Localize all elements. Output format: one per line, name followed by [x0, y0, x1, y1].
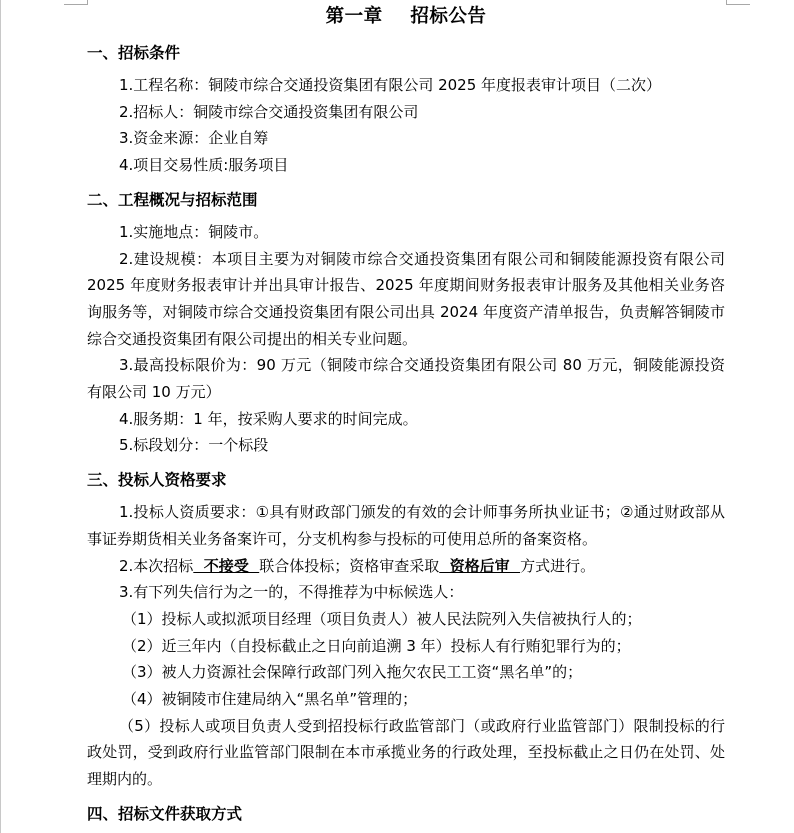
- paragraph: 2.招标人：铜陵市综合交通投资集团有限公司: [87, 99, 725, 126]
- paragraph: 1.投标人资质要求：①具有财政部门颁发的有效的会计师事务所执业证书；②通过财政部…: [87, 499, 725, 552]
- list-item: （5）投标人或项目负责人受到招投标行政监管部门（或政府行业监管部门）限制投标的行…: [87, 713, 725, 793]
- section-heading: 四、招标文件获取方式: [87, 799, 725, 833]
- paragraph: 5.标段划分：一个标段: [87, 432, 725, 459]
- list-item: （1）投标人或拟派项目经理（项目负责人）被人民法院列入失信被执行人的；: [87, 606, 725, 633]
- paragraph: 3.资金来源：企业自筹: [87, 125, 725, 152]
- margin-corner-mark-top-right: [726, 4, 750, 5]
- paragraph: 4.服务期：1 年，按采购人要求的时间完成。: [87, 406, 725, 433]
- paragraph: 4.项目交易性质:服务项目: [87, 152, 725, 179]
- chapter-title: 第一章 招标公告: [87, 4, 725, 30]
- paragraph: 2.建设规模：本项目主要为对铜陵市综合交通投资集团有限公司和铜陵能源投资有限公司…: [87, 246, 725, 353]
- bid-terms-prefix: 2.本次招标: [119, 557, 193, 575]
- consortium-bid-field: 不接受: [193, 557, 259, 575]
- section-heading: 二、工程概况与招标范围: [87, 185, 725, 219]
- margin-corner-mark-top-left: [64, 4, 88, 5]
- list-item: （4）被铜陵市住建局纳入“黑名单”管理的；: [87, 686, 725, 713]
- qualification-review-field: 资格后审: [439, 557, 520, 575]
- paragraph: 3.最高投标限价为：90 万元（铜陵市综合交通投资集团有限公司 80 万元，铜陵…: [87, 352, 725, 405]
- list-item: （3）被人力资源社会保障行政部门列入拖欠农民工工资“黑名单”的；: [87, 659, 725, 686]
- bid-terms-middle: 联合体投标；资格审查采取: [259, 557, 439, 575]
- document-body[interactable]: 第一章 招标公告 一、招标条件 1.工程名称：铜陵市综合交通投资集团有限公司 2…: [87, 4, 725, 833]
- list-item: （2）近三年内（自投标截止之日向前追溯 3 年）投标人有行贿犯罪行为的；: [87, 633, 725, 660]
- margin-corner-mark-top-right: [726, 0, 727, 5]
- bid-terms-suffix: 方式进行。: [520, 557, 595, 575]
- paragraph: 1.工程名称：铜陵市综合交通投资集团有限公司 2025 年度报表审计项目（二次）: [87, 72, 725, 99]
- paragraph-bid-terms: 2.本次招标 不接受 联合体投标；资格审查采取 资格后审 方式进行。: [87, 553, 725, 580]
- section-heading: 三、投标人资格要求: [87, 465, 725, 499]
- page-left-edge: [0, 0, 1, 833]
- paragraph: 3.有下列失信行为之一的，不得推荐为中标候选人：: [87, 579, 725, 606]
- section-heading: 一、招标条件: [87, 38, 725, 72]
- paragraph: 1.实施地点：铜陵市。: [87, 219, 725, 246]
